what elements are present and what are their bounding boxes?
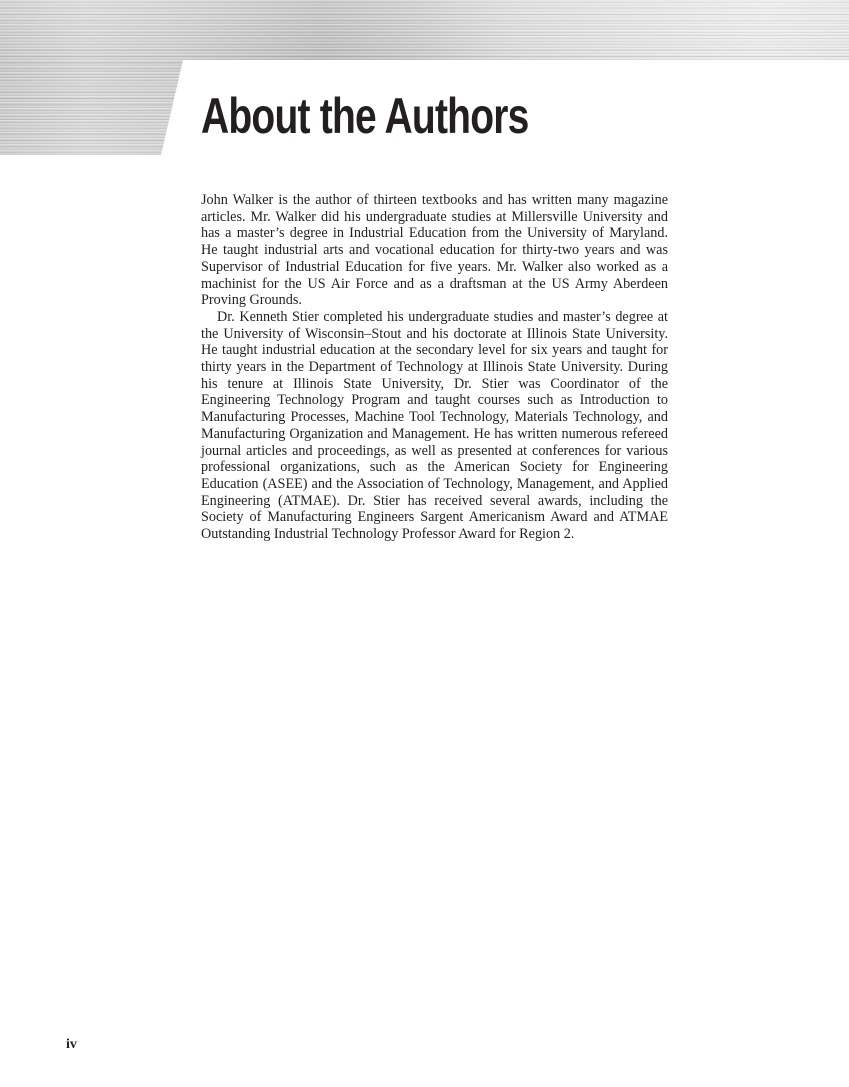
page-title: About the Authors [201,88,529,144]
author-bios: John Walker is the author of thirteen te… [201,192,668,543]
page-number: iv [66,1037,77,1053]
bio-paragraph-stier: Dr. Kenneth Stier completed his undergra… [201,309,668,543]
bio-paragraph-walker: John Walker is the author of thirteen te… [201,192,668,309]
